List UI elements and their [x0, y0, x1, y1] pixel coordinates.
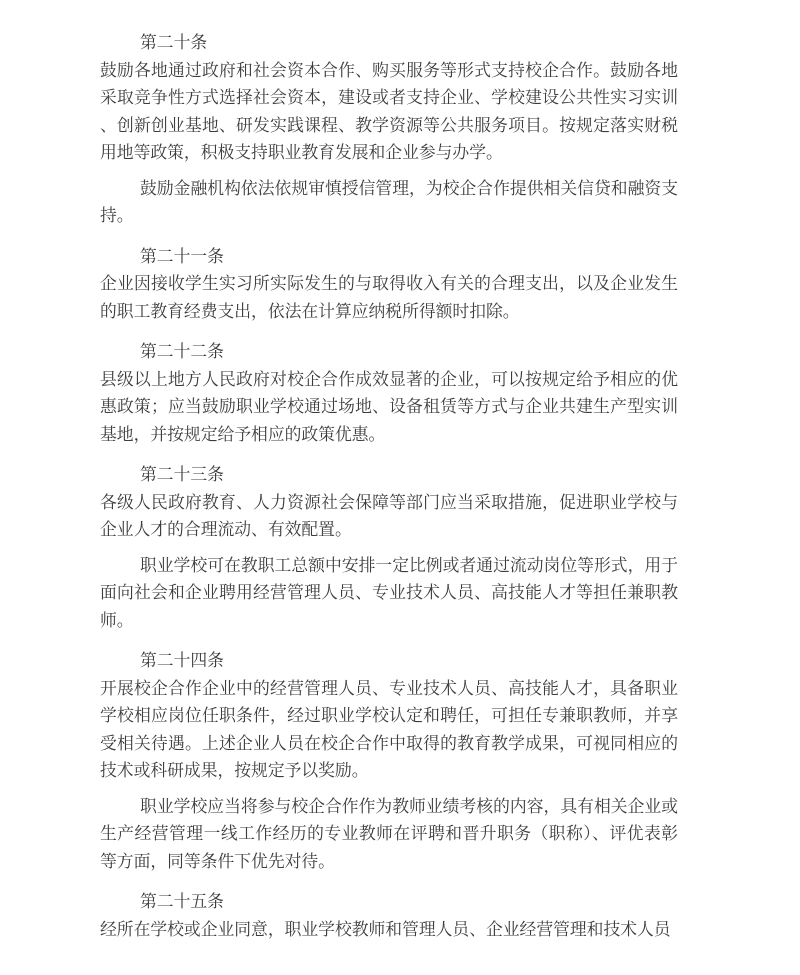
article-heading: 第二十五条 [100, 888, 678, 916]
article-paragraph: 企业因接收学生实习所实际发生的与取得收入有关的合理支出，以及企业发生的职工教育经… [100, 270, 678, 325]
article-heading: 第二十二条 [100, 338, 678, 366]
article-paragraph: 职业学校可在教职工总额中安排一定比例或者通过流动岗位等形式，用于面向社会和企业聘… [100, 552, 678, 635]
article-paragraph: 县级以上地方人民政府对校企合作成效显著的企业，可以按规定给予相应的优惠政策；应当… [100, 366, 678, 449]
article-24: 第二十四条 开展校企合作企业中的经营管理人员、专业技术人员、高技能人才，具备职业… [100, 647, 678, 875]
article-23: 第二十三条 各级人民政府教育、人力资源社会保障等部门应当采取措施，促进职业学校与… [100, 461, 678, 634]
document-page: 第二十条 鼓励各地通过政府和社会资本合作、购买服务等形式支持校企合作。鼓励各地采… [0, 0, 800, 975]
article-paragraph: 职业学校应当将参与校企合作作为教师业绩考核的内容，具有相关企业或生产经营管理一线… [100, 793, 678, 876]
article-paragraph: 鼓励各地通过政府和社会资本合作、购买服务等形式支持校企合作。鼓励各地采取竞争性方… [100, 57, 678, 167]
article-paragraph: 鼓励金融机构依法依规审慎授信管理，为校企合作提供相关信贷和融资支持。 [100, 175, 678, 230]
article-paragraph: 各级人民政府教育、人力资源社会保障等部门应当采取措施，促进职业学校与企业人才的合… [100, 489, 678, 544]
article-paragraph: 经所在学校或企业同意，职业学校教师和管理人员、企业经营管理和技术人员 [100, 916, 678, 944]
article-21: 第二十一条 企业因接收学生实习所实际发生的与取得收入有关的合理支出，以及企业发生… [100, 243, 678, 326]
article-paragraph: 开展校企合作企业中的经营管理人员、专业技术人员、高技能人才，具备职业学校相应岗位… [100, 675, 678, 785]
article-20: 第二十条 鼓励各地通过政府和社会资本合作、购买服务等形式支持校企合作。鼓励各地采… [100, 29, 678, 230]
article-25: 第二十五条 经所在学校或企业同意，职业学校教师和管理人员、企业经营管理和技术人员 [100, 888, 678, 943]
article-heading: 第二十四条 [100, 647, 678, 675]
article-heading: 第二十三条 [100, 461, 678, 489]
article-22: 第二十二条 县级以上地方人民政府对校企合作成效显著的企业，可以按规定给予相应的优… [100, 338, 678, 448]
article-heading: 第二十条 [100, 29, 678, 57]
article-heading: 第二十一条 [100, 243, 678, 271]
